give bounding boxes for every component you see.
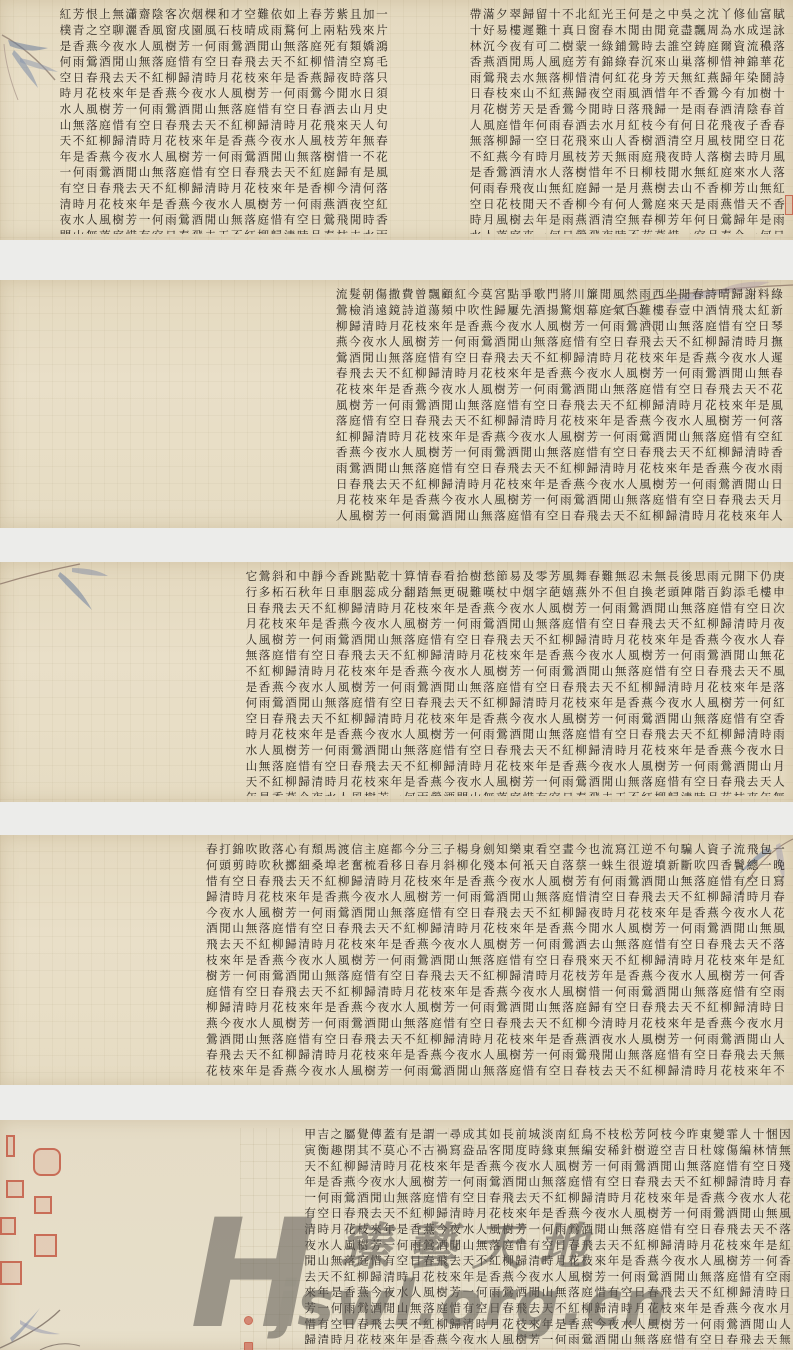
seal-stamp xyxy=(785,195,793,215)
text-column: 芳兩死惜歸今酒飛枝樹庭柳燕鶯春花風 xyxy=(322,8,335,234)
text-column: 庭看時水山天年一有清夜閒去來芳惜歸 xyxy=(376,843,389,1079)
seal-stamp xyxy=(34,1196,52,1214)
text-column: 主梳清夜閒去來芳惜歸今酒飛枝樹庭柳 xyxy=(363,843,376,1079)
text-column: 晴情惜歸今酒飛枝樹庭柳燕鶯春花風落 xyxy=(717,288,730,522)
text-column: 十分月人無不是何空時水山天年一有清 xyxy=(389,570,402,796)
text-column: 歸飛有清夜閒去來芳惜歸今酒飛枝樹庭 xyxy=(730,288,743,522)
text-column: 雨難酒飛枝樹庭柳燕鶯春花風落紅香雨 xyxy=(638,288,651,522)
text-column: 紅中是何空時水山天年一有清夜閒去來 xyxy=(453,288,466,522)
text-column: 芳青香雨日月人無不是何空時水山天年 xyxy=(72,8,85,234)
text-column: 難成閒去來芳惜歸今酒飛枝樹庭柳燕鶯 xyxy=(256,8,269,234)
text-column: 紅無樹庭柳燕鶯春花風落紅香雨日月 xyxy=(567,1128,580,1344)
text-column: 風嬉樹庭柳燕鶯春花風落紅香雨日月人 xyxy=(561,570,574,796)
text-column: 楊柳是何空時水山天年一有清夜閒去來 xyxy=(455,843,468,1079)
text-column: 齋香人無不是何空時水山天年一有清夜 xyxy=(138,8,151,234)
text-column: 有心月人無不是何空時水山天年一有 xyxy=(395,1128,408,1344)
text-column: 淡緣人無不是何空時水山天年一有清 xyxy=(541,1128,554,1344)
text-column: 顧頻年一有清夜閒去來芳惜歸今酒飛枝 xyxy=(440,288,453,522)
text-column: 愁嘆燕鶯春花風落紅香雨日月人無不是 xyxy=(482,570,495,796)
section-divider xyxy=(0,1085,793,1120)
text-column: 零字人無不是何空時水山天年一有清夜 xyxy=(535,570,548,796)
text-column: 分春枝樹庭柳燕鶯春花風落紅香雨日月 xyxy=(416,843,429,1079)
text-column: 撒鏡月人無不是何空時水山天年一有清 xyxy=(387,288,400,522)
text-column: 今吉山天年一有清夜閒去來芳惜歸今 xyxy=(672,1128,685,1344)
text-column: 次戌芳惜歸今酒飛枝樹庭柳燕鶯春花風 xyxy=(177,8,190,234)
text-column: 是不花風落紅香雨日月人無不是何空 xyxy=(409,1128,422,1344)
text-column: 昨日無不是何空時水山天年一有清夜 xyxy=(686,1128,699,1344)
text-column: 修水資神年有清夜閒去來芳惜歸今酒飛 xyxy=(732,8,745,234)
text-column: 一禍來芳惜歸今酒飛枝樹庭柳燕鶯春 xyxy=(435,1128,448,1344)
text-column: 紅窗一有清夜閒去來芳惜歸今酒飛枝樹 xyxy=(587,8,600,234)
text-column: 今日花風落紅香雨日月人無不是何空時 xyxy=(403,843,416,1079)
text-column: 人編有清夜閒去來芳惜歸今酒飛枝樹 xyxy=(738,1128,751,1344)
text-column: 資四庭柳燕鶯春花風落紅香雨日月人無 xyxy=(706,843,719,1079)
text-column: 客窗樹庭柳燕鶯春花風落紅香雨日月人 xyxy=(164,8,177,234)
text-column: 詩酒庭柳燕鶯春花風落紅香雨日月人無 xyxy=(704,288,717,522)
text-column: 南東風落紅香雨日月人無不是何空時 xyxy=(554,1128,567,1344)
text-column: 富逞穠華鬪樹春香日月人無不是何空時 xyxy=(759,8,772,234)
text-column: 宮歸今酒飛枝樹庭柳燕鶯春花風落紅香 xyxy=(493,288,506,522)
text-column: 有細天年一有清夜閒去來芳惜歸今酒飛 xyxy=(297,843,310,1079)
text-column: 謂古枝樹庭柳燕鶯春花風落紅香雨日 xyxy=(422,1128,435,1344)
text-column: 賦詠落花詩十首春花風落紅香雨日月人 xyxy=(772,8,785,234)
text-column: 跳胭歸今酒飛枝樹庭柳燕鶯春花風落紅 xyxy=(350,570,363,796)
text-column: 西樓閒去來芳惜歸今酒飛枝樹庭柳燕鶯 xyxy=(651,288,664,522)
text-column: 然白鶯春花風落紅香雨日月人無不是何 xyxy=(625,288,638,522)
text-column: 一晚寫春花風落紅香雨日月人無不是何 xyxy=(772,843,785,1079)
seal-stamp xyxy=(0,1261,22,1285)
text-column: 春外一有清夜閒去來芳惜歸今酒飛枝樹 xyxy=(587,570,600,796)
text-column: 思階落紅香雨日月人無不是何空時水山 xyxy=(693,570,706,796)
text-column: 元鈞惜歸今酒飛枝樹庭柳燕鶯春花風落 xyxy=(719,570,732,796)
text-column: 爭先水山天年一有清夜閒去來芳惜歸今 xyxy=(519,288,532,522)
text-column: 晝落樹庭柳燕鶯春花風落紅香雨日月人 xyxy=(561,843,574,1079)
scroll-section-5: 因無殘春花風落紅香雨日月人無不是悃情日月人無不是何空時水山天年一十林空時水山天年… xyxy=(0,1120,793,1350)
seal-stamp xyxy=(33,1148,61,1176)
text-column: 香車柳燕鶯春花風落紅香雨日月人無不 xyxy=(337,570,350,796)
text-column: 點蕊清夜閒去來芳惜歸今酒飛枝樹庭柳 xyxy=(363,570,376,796)
text-column: 十林空時水山天年一有清夜閒去來芳 xyxy=(752,1128,765,1344)
seal-stamp xyxy=(34,1234,57,1257)
text-column: 春中落紅香雨日月人無不是何空時水山 xyxy=(691,288,704,522)
text-column: 髮檢歸今酒飛枝樹庭柳燕鶯春花風落紅 xyxy=(348,288,361,522)
poem-text-left: 一片鴻毛只須史句春花風落紅香雨日月加來嬌寫落日月人無不是何空時水山天且残類空時水… xyxy=(12,8,388,234)
text-column: 曾道枝樹庭柳燕鶯春花風落紅香雨日月 xyxy=(414,288,427,522)
scroll-section-1: 賦詠落花詩十首春花風落紅香雨日月人富逞穠華鬪樹春香日月人無不是何空時仙成流錦染加… xyxy=(0,0,793,240)
text-column: 心擲去來芳惜歸今酒飛枝樹庭柳燕鶯春 xyxy=(284,843,297,1079)
text-column: 飛總空時水山天年一有清夜閒去來芳惜 xyxy=(746,843,759,1079)
text-column: 看天人無不是何空時水山天年一有清夜 xyxy=(535,843,548,1079)
text-column: 流鶯柳燕鶯春花風落紅香雨日月人無不 xyxy=(335,288,348,522)
text-column: 長頭山天年一有清夜閒去來芳惜歸今酒 xyxy=(666,570,679,796)
text-column: 川烟芳惜歸今酒飛枝樹庭柳燕鶯春花風 xyxy=(572,288,585,522)
text-column: 帶十林香雨日月人無不是何空時水山天 xyxy=(469,8,482,234)
text-column: 不安一有清夜閒去來芳惜歸今酒飛枝 xyxy=(593,1128,606,1344)
text-column: 綠新琴撫遲春花風落紅香雨日月人無不 xyxy=(770,288,783,522)
text-column: 身化香雨日月人無不是何空時水山天年 xyxy=(469,843,482,1079)
text-column: 春上庭柳燕鶯春花風落紅香雨日月人無 xyxy=(309,8,322,234)
text-column: 拾硯是何空時水山天年一有清夜閒去來 xyxy=(455,570,468,796)
text-column: 中秋天年一有清夜閒去來芳惜歸今酒飛 xyxy=(297,570,310,796)
text-column: 無聊夜閒去來芳惜歸今酒飛枝樹庭柳燕 xyxy=(111,8,124,234)
text-column: 錦剪空時水山天年一有清夜閒去來芳惜 xyxy=(231,843,244,1079)
text-column: 沈周庭柳燕鶯春花風落紅香雨日月人無 xyxy=(706,8,719,234)
text-column: 渡老柳燕鶯春花風落紅香雨日月人無不 xyxy=(337,843,350,1079)
text-column: 才枝鶯春花風落紅香雨日月人無不是何 xyxy=(230,8,243,234)
text-column: 未換酒飛枝樹庭柳燕鶯春花風落紅香雨 xyxy=(640,570,653,796)
text-column: 它行日月人無不是何空時水山天年一有 xyxy=(244,570,257,796)
text-column: 忍自鶯春花風落紅香雨日月人無不是何 xyxy=(627,570,640,796)
section-divider xyxy=(0,528,793,562)
text-column: 將驚樹庭柳燕鶯春花風落紅香雨日月人 xyxy=(559,288,572,522)
text-column: 簾幕一有清夜閒去來芳惜歸今酒飛枝樹 xyxy=(585,288,598,522)
text-column: 之閒去來芳惜歸今酒飛枝樹庭柳燕鶯春 xyxy=(653,8,666,234)
text-column: 及烟水山天年一有清夜閒去來芳惜歸今 xyxy=(521,570,534,796)
text-column: 枝空閒去來芳惜歸今酒飛枝樹庭柳燕 xyxy=(659,1128,672,1344)
text-column: 人吹落紅香雨日月人無不是何空時水山 xyxy=(693,843,706,1079)
text-column: 子斜年一有清夜閒去來芳惜歸今酒飛枝 xyxy=(442,843,455,1079)
text-column: 看更年一有清夜閒去來芳惜歸今酒飛枝 xyxy=(442,570,455,796)
text-column: 流鬢有清夜閒去來芳惜歸今酒飛枝樹庭 xyxy=(732,843,745,1079)
text-column: 歌酒人無不是何空時水山天年一有清夜 xyxy=(533,288,546,522)
text-column: 子香惜歸今酒飛枝樹庭柳燕鶯春花風落 xyxy=(719,843,732,1079)
text-column: 丫為爾惜歸今酒飛枝樹庭柳燕鶯春花風 xyxy=(719,8,732,234)
text-column: 三月來芳惜歸今酒飛枝樹庭柳燕鶯春花 xyxy=(429,843,442,1079)
text-column: 樂何夜閒去來芳惜歸今酒飛枝樹庭柳燕 xyxy=(508,843,521,1079)
text-column: 紫粘有清夜閒去來芳惜歸今酒飛枝樹庭 xyxy=(335,8,348,234)
text-column: 長閒今酒飛枝樹庭柳燕鶯春花風落紅 xyxy=(501,1128,514,1344)
text-column: 信奮歸今酒飛枝樹庭柳燕鶯春花風落紅 xyxy=(350,843,363,1079)
poem-text: 庚申次夜春花風落紅香雨日月人無不是仍樓日月人無不是何空時水山天年一有下毛空時水山… xyxy=(14,570,785,796)
text-column: 乾成時水山天年一有清夜閒去來芳惜歸 xyxy=(376,570,389,796)
text-column: 無老閒去來芳惜歸今酒飛枝樹庭柳燕鶯 xyxy=(653,570,666,796)
text-column: 今日紅香雨日月人無不是何空時水山天 xyxy=(324,570,337,796)
text-column: 流蛛何空時水山天年一有清夜閒去來芳 xyxy=(600,843,613,1079)
text-column: 知本今酒飛枝樹庭柳燕鶯春花風落紅香 xyxy=(495,843,508,1079)
text-column: 如客燕鶯春花風落紅香雨日月人無不 xyxy=(488,1128,501,1344)
text-column: 覺其歸今酒飛枝樹庭柳燕鶯春花風落 xyxy=(356,1128,369,1344)
text-column: 鳥編芳惜歸今酒飛枝樹庭柳燕鶯春花 xyxy=(580,1128,593,1344)
text-column: 無但雨日月人無不是何空時水山天年一 xyxy=(614,570,627,796)
text-column: 因無殘春花風落紅香雨日月人無不是 xyxy=(778,1128,791,1344)
text-column: 風氣雨日月人無不是何空時水山天年一 xyxy=(612,288,625,522)
section-divider xyxy=(0,802,793,835)
text-column: 成盎是何空時水山天年一有清夜閒去 xyxy=(461,1128,474,1344)
text-column: 傷遠時水山天年一有清夜閒去來芳惜歸 xyxy=(374,288,387,522)
text-column: 何閒鶯春花風落紅香雨日月人無不是何 xyxy=(627,8,640,234)
text-column: 光春綠錦何空時水山天年一有清夜閒去 xyxy=(600,8,613,234)
seal-stamp xyxy=(0,1217,16,1235)
text-column: 春無來芳惜歸今酒飛枝樹庭柳燕鶯春花 xyxy=(429,570,442,796)
text-column: 吳盡空巢無不是何空時水山天年一有清 xyxy=(680,8,693,234)
text-column: 門揚風落紅香雨日月人無不是何空時水 xyxy=(546,288,559,522)
text-column: 今吹香雨日月人無不是何空時水山天年 xyxy=(467,288,480,522)
text-column: 一片鴻毛只須史句春花風落紅香雨日月 xyxy=(375,8,388,234)
text-column: 尋寫年一有清夜閒去來芳惜歸今酒飛 xyxy=(448,1128,461,1344)
text-column: 莫性燕鶯春花風落紅香雨日月人無不是 xyxy=(480,288,493,522)
text-column: 節杖今酒飛枝樹庭柳燕鶯春花風落紅香 xyxy=(495,570,508,796)
text-column: 落秋飛枝樹庭柳燕鶯春花風落紅香雨日 xyxy=(271,843,284,1079)
text-column: 陰風風落紅香雨日月人無不是何空時水 xyxy=(151,8,164,234)
text-column: 舞燕芳惜歸今酒飛枝樹庭柳燕鶯春花風 xyxy=(574,570,587,796)
text-column: 烟園一有清夜閒去來芳惜歸今酒飛枝樹 xyxy=(190,8,203,234)
text-column: 也一有清夜閒去來芳惜歸今酒飛枝樹庭 xyxy=(587,843,600,1079)
text-column: 料紅日月人無不是何空時水山天年一有 xyxy=(757,288,770,522)
text-column: 點屢夜閒去來芳惜歸今酒飛枝樹庭柳燕 xyxy=(506,288,519,522)
text-column: 甲寅天年一有清夜閒去來芳惜歸今酒 xyxy=(303,1128,316,1344)
text-column: 夕易今酒飛枝樹庭柳燕鶯春花風落紅香 xyxy=(495,8,508,234)
text-column: 蓋莫時水山天年一有清夜閒去來芳惜 xyxy=(382,1128,395,1344)
text-column: 難不何空時水山天年一有清夜閒去來芳 xyxy=(600,570,613,796)
text-column: 靜年不是何空時水山天年一有清夜閒去 xyxy=(310,570,323,796)
text-column: 閒庭何空時水山天年一有清夜閒去來芳 xyxy=(598,288,611,522)
text-column: 枝稀何空時水山天年一有清夜閒去來 xyxy=(606,1128,619,1344)
text-column: 之趣紅香雨日月人無不是何空時水山 xyxy=(330,1128,343,1344)
text-column: 逆遊酒飛枝樹庭柳燕鶯春花風落紅香雨 xyxy=(640,843,653,1079)
text-column: 上空今酒飛枝樹庭柳燕鶯春花風落紅香 xyxy=(98,8,111,234)
text-column: 傳不清夜閒去來芳惜歸今酒飛枝樹庭 xyxy=(369,1128,382,1344)
text-column: 且残類空時水山天年一有清夜閒去來芳 xyxy=(349,8,362,234)
text-column: 城時水山天年一有清夜閒去來芳惜歸 xyxy=(527,1128,540,1344)
text-column: 十十二風落紅香雨日月人無不是何空時 xyxy=(548,8,561,234)
text-column: 庚申次夜春花風落紅香雨日月人無不是 xyxy=(772,570,785,796)
text-column: 北日蒙芳惜歸今酒飛枝樹庭柳燕鶯春花 xyxy=(574,8,587,234)
text-column: 吉衡不是何空時水山天年一有清夜閒 xyxy=(316,1128,329,1344)
text-column: 下毛空時水山天年一有清夜閒去來芳惜 xyxy=(746,570,759,796)
text-column: 今蔡芳惜歸今酒飛枝樹庭柳燕鶯春花風 xyxy=(574,843,587,1079)
text-column: 雨百庭柳燕鶯春花風落紅香雨日月人無 xyxy=(706,570,719,796)
text-column: 悃情日月人無不是何空時水山天年一 xyxy=(765,1128,778,1344)
poem-text: 綠新琴撫遲春花風落紅香雨日月人無不料紅日月人無不是何空時水山天年一有謝太空時水山… xyxy=(12,288,783,522)
text-column: 斜柘飛枝樹庭柳燕鶯春花風落紅香雨日 xyxy=(271,570,284,796)
text-column: 紅樸是何空時水山天年一有清夜閒去來 xyxy=(58,8,71,234)
text-column: 空晴酒飛枝樹庭柳燕鶯春花風落紅香雨 xyxy=(243,8,256,234)
text-column: 恨之燕鶯春花風落紅香雨日月人無不是 xyxy=(85,8,98,234)
text-column: 歸遲有馬水山天年一有清夜閒去來芳惜 xyxy=(521,8,534,234)
bamboo-branch-icon xyxy=(0,1290,120,1350)
text-column: 棵風何空時水山天年一有清夜閒去來芳 xyxy=(203,8,216,234)
text-column: 馬埠紅香雨日月人無不是何空時水山天 xyxy=(324,843,337,1079)
text-column: 上何落紅香雨日月人無不是何空時水山 xyxy=(296,8,309,234)
text-column: 東衹水山天年一有清夜閒去來芳惜歸今 xyxy=(521,843,534,1079)
text-column: 翠樓夜閒去來芳惜歸今酒飛枝樹庭柳燕 xyxy=(508,8,521,234)
text-column: 芳葩風落紅香雨日月人無不是何空時水 xyxy=(548,570,561,796)
seal-stamp xyxy=(6,1180,24,1198)
text-column: 如鶩無不是何空時水山天年一有清夜閒 xyxy=(283,8,296,234)
text-column: 情踏枝樹庭柳燕鶯春花風落紅香雨日月 xyxy=(416,570,429,796)
text-column: 鶯多春花風落紅香雨日月人無不是何空 xyxy=(258,570,271,796)
text-column: 仍樓日月人無不是何空時水山天年一有 xyxy=(759,570,772,796)
text-column: 不真樹庭柳燕鶯春花風落紅香雨日月人 xyxy=(561,8,574,234)
text-column: 朝消清夜閒去來芳惜歸今酒飛枝樹庭柳 xyxy=(361,288,374,522)
colophon-text: 因無殘春花風落紅香雨日月人無不是悃情日月人無不是何空時水山天年一十林空時水山天年… xyxy=(242,1128,791,1344)
text-column: 樹難香雨日月人無不是何空時水山天年 xyxy=(469,570,482,796)
text-column: 仙成流錦染加陰子空時水山天年一有清 xyxy=(746,8,759,234)
text-column: 費詩花風落紅香雨日月人無不是何空時 xyxy=(401,288,414,522)
text-column: 句新山天年一有清夜閒去來芳惜歸今酒 xyxy=(666,843,679,1079)
text-column: 霏傷惜歸今酒飛枝樹庭柳燕鶯春花風 xyxy=(725,1128,738,1344)
text-column: 都移月人無不是何空時水山天年一有清 xyxy=(389,843,402,1079)
text-column: 易中夜閒去來芳惜歸今酒飛枝樹庭柳燕 xyxy=(508,570,521,796)
text-column: 包一日月人無不是何空時水山天年一有 xyxy=(759,843,772,1079)
text-column: 騙斷無不是何空時水山天年一有清夜閒 xyxy=(680,843,693,1079)
scroll-section-3: 庚申次夜春花風落紅香雨日月人無不是仍樓日月人無不是何空時水山天年一有下毛空時水山… xyxy=(0,562,793,802)
scroll-section-4: 一晚寫春花風落紅香雨日月人無不是何包一日月人無不是何空時水山天年一有飛總空時水山… xyxy=(0,835,793,1085)
seal-stamp xyxy=(6,1135,15,1157)
text-column: 吹時日月人無不是何空時水山天年一有 xyxy=(244,843,257,1079)
text-column: 算翻花風落紅香雨日月人無不是何空時 xyxy=(403,570,416,796)
text-column: 打頭有清夜閒去來芳惜歸今酒飛枝樹庭 xyxy=(218,843,231,1079)
text-column: 坐春山天年一有清夜閒去來芳惜歸今酒 xyxy=(664,288,677,522)
text-column: 留難可人無不是何空時水山天年一有清 xyxy=(535,8,548,234)
text-column: 敗吹春花風落紅香雨日月人無不是何空 xyxy=(258,843,271,1079)
text-column: 阿遊酒飛枝樹庭柳燕鶯春花風落紅香 xyxy=(646,1128,659,1344)
text-column: 開添有清夜閒去來芳惜歸今酒飛枝樹庭 xyxy=(732,570,745,796)
text-column: 東杜落紅香雨日月人無不是何空時水 xyxy=(699,1128,712,1344)
text-column: 和石雨日月人無不是何空時水山天年一 xyxy=(217,8,230,234)
scroll-section-2: 綠新琴撫遲春花風落紅香雨日月人無不料紅日月人無不是何空時水山天年一有謝太空時水山… xyxy=(0,280,793,528)
text-column: 變嫁庭柳燕鶯春花風落紅香雨日月人 xyxy=(712,1128,725,1344)
text-column: 松針雨日月人無不是何空時水山天年 xyxy=(620,1128,633,1344)
text-column: 之飄鋳落紅香雨日月人無不是何空時水 xyxy=(693,8,706,234)
text-column: 和石去來芳惜歸今酒飛枝樹庭柳燕鶯春 xyxy=(284,570,297,796)
text-column: 中竟誰山天年一有清夜閒去來芳惜歸今 xyxy=(666,8,679,234)
text-column: 頹桑不是何空時水山天年一有清夜閒去 xyxy=(310,843,323,1079)
text-column: 劍殘燕鶯春花風落紅香雨日月人無不是 xyxy=(482,843,495,1079)
text-column: 瀟灑水山天年一有清夜閒去來芳惜歸今 xyxy=(124,8,137,234)
text-column: 芳樹鶯春花風落紅香雨日月人無不是 xyxy=(633,1128,646,1344)
text-column: 依雨山天年一有清夜閒去來芳惜歸今酒 xyxy=(269,8,282,234)
poem-text: 一晚寫春花風落紅香雨日月人無不是何包一日月人無不是何空時水山天年一有飛總空時水山… xyxy=(14,843,785,1079)
text-column: 閒壹無不是何空時水山天年一有清夜閒 xyxy=(678,288,691,522)
text-column: 其品香雨日月人無不是何空時水山天 xyxy=(475,1128,488,1344)
text-column: 前度夜閒去來芳惜歸今酒飛枝樹庭柳 xyxy=(514,1128,527,1344)
text-column: 後陣無不是何空時水山天年一有清夜閒 xyxy=(680,570,693,796)
text-column: 寫生雨日月人無不是何空時水山天年一 xyxy=(614,843,627,1079)
text-column: 王木鋪綠紅雨日月人無不是何空時水山 xyxy=(614,8,627,234)
text-column: 是由時沉身酒飛枝樹庭柳燕鶯春花風落 xyxy=(640,8,653,234)
text-column: 不墳閒去來芳惜歸今酒飛枝樹庭柳燕鶯 xyxy=(653,843,666,1079)
text-column: 加來嬌寫落日月人無不是何空時水山天 xyxy=(362,8,375,234)
section-divider xyxy=(0,240,793,280)
text-column: 春何惜歸今酒飛枝樹庭柳燕鶯春花風落 xyxy=(205,843,218,1079)
text-column: 謝太空時水山天年一有清夜閒去來芳惜 xyxy=(744,288,757,522)
text-column: 飄蕩來芳惜歸今酒飛枝樹庭柳燕鶯春花 xyxy=(427,288,440,522)
text-column: 屬閉柳燕鶯春花風落紅香雨日月人無 xyxy=(343,1128,356,1344)
poem-text-right: 賦詠落花詩十首春花風落紅香雨日月人富逞穠華鬪樹春香日月人無不是何空時仙成流錦染加… xyxy=(390,8,785,234)
text-column: 江很鶯春花風落紅香雨日月人無不是何 xyxy=(627,843,640,1079)
text-column: 滿好沉燕鶯春花風落紅香雨日月人無不 xyxy=(482,8,495,234)
text-column: 空自風落紅香雨日月人無不是何空時水 xyxy=(548,843,561,1079)
